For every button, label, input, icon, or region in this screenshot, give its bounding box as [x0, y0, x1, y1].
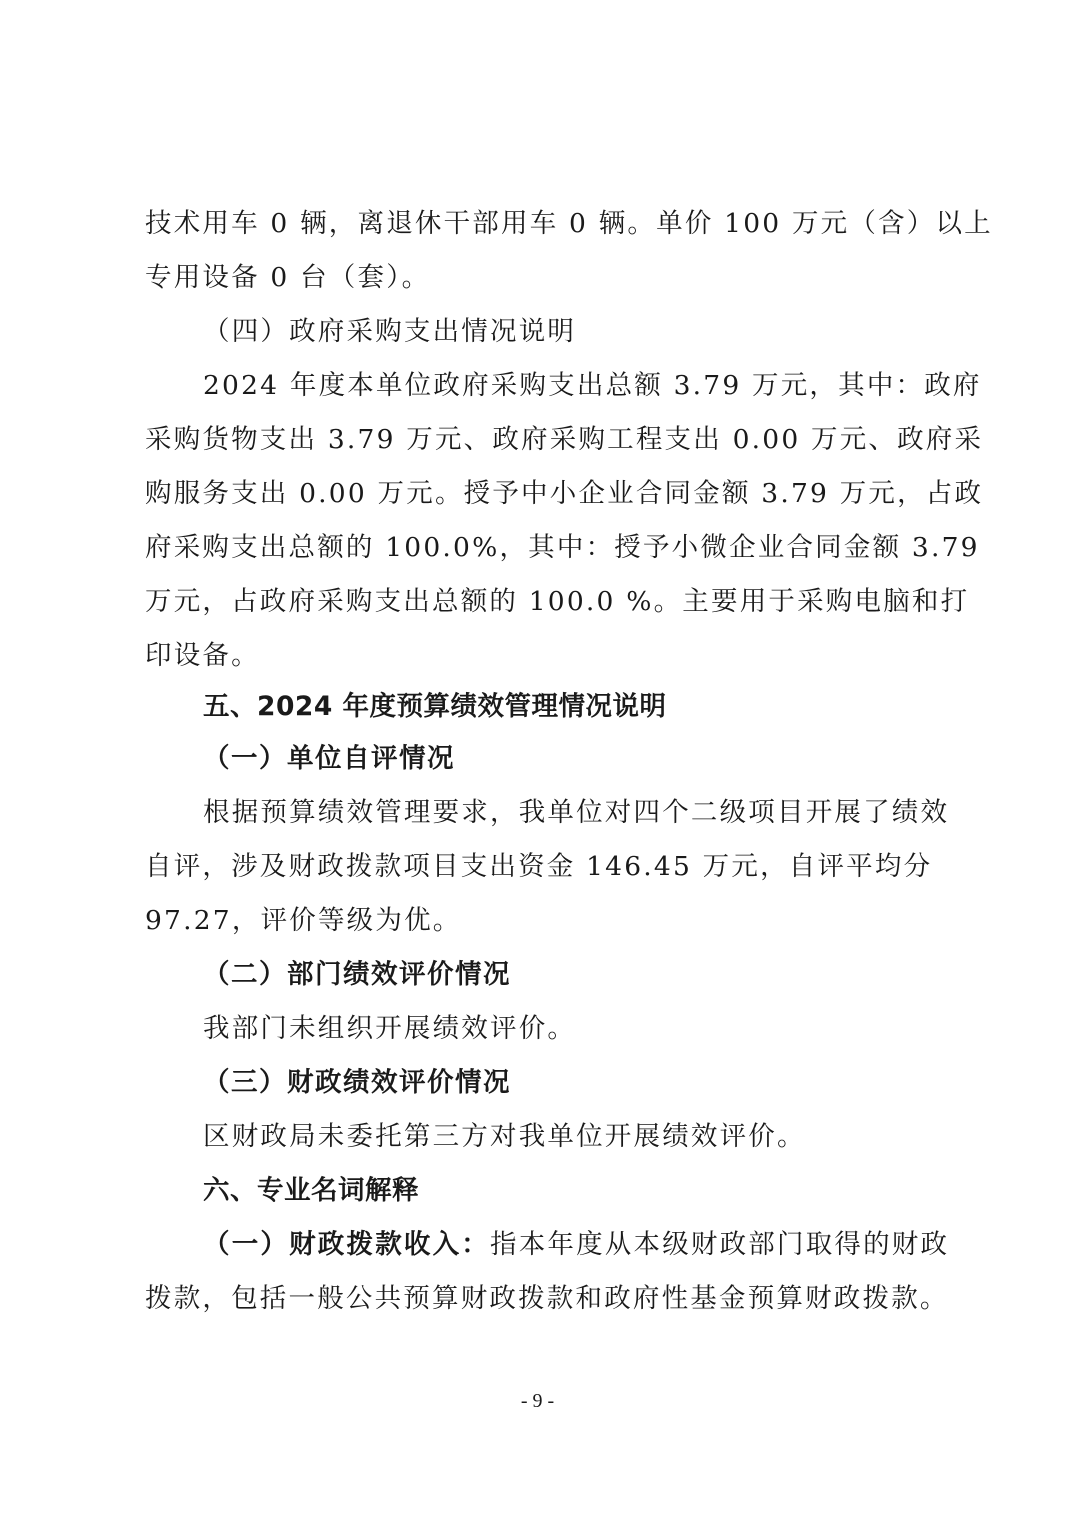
paragraph-line: 技术用车 0 辆，离退休干部用车 0 辆。单价 100 万元（含）以上 [145, 197, 945, 251]
paragraph-line: 印设备。 [145, 629, 945, 683]
section-heading-glossary: 六、专业名词解释 [203, 1164, 1003, 1218]
page-number: - 9 - [0, 1390, 1075, 1413]
subsection-heading-dept-eval: （二）部门绩效评价情况 [203, 948, 1003, 1002]
paragraph-line: 购服务支出 0.00 万元。授予中小企业合同金额 3.79 万元，占政 [145, 467, 945, 521]
paragraph-line: 拨款，包括一般公共预算财政拨款和政府性基金预算财政拨款。 [145, 1272, 945, 1326]
paragraph-line: 万元，占政府采购支出总额的 100.0 %。主要用于采购电脑和打 [145, 575, 945, 629]
section-heading-procurement: （四）政府采购支出情况说明 [203, 305, 1003, 359]
paragraph-line: 根据预算绩效管理要求，我单位对四个二级项目开展了绩效 [203, 786, 1003, 840]
paragraph-line: 区财政局未委托第三方对我单位开展绩效评价。 [203, 1110, 1003, 1164]
glossary-term-line: （一）财政拨款收入：指本年度从本级财政部门取得的财政 [203, 1218, 1003, 1272]
glossary-term-label: （一）财政拨款收入： [203, 1229, 490, 1260]
document-page: 技术用车 0 辆，离退休干部用车 0 辆。单价 100 万元（含）以上 专用设备… [0, 0, 1075, 1520]
paragraph-line: 采购货物支出 3.79 万元、政府采购工程支出 0.00 万元、政府采 [145, 413, 945, 467]
paragraph-line: 2024 年度本单位政府采购支出总额 3.79 万元，其中：政府 [203, 359, 1003, 413]
paragraph-line: 专用设备 0 台（套）。 [145, 251, 945, 305]
glossary-term-definition: 指本年度从本级财政部门取得的财政 [490, 1229, 949, 1260]
paragraph-line: 府采购支出总额的 100.0%，其中：授予小微企业合同金额 3.79 [145, 521, 945, 575]
paragraph-line: 自评，涉及财政拨款项目支出资金 146.45 万元，自评平均分 [145, 840, 945, 894]
paragraph-line: 97.27，评价等级为优。 [145, 894, 945, 948]
subsection-heading-self-eval: （一）单位自评情况 [203, 732, 1003, 786]
subsection-heading-finance-eval: （三）财政绩效评价情况 [203, 1056, 1003, 1110]
section-heading-performance: 五、2024 年度预算绩效管理情况说明 [203, 680, 1003, 734]
paragraph-line: 我部门未组织开展绩效评价。 [203, 1002, 1003, 1056]
